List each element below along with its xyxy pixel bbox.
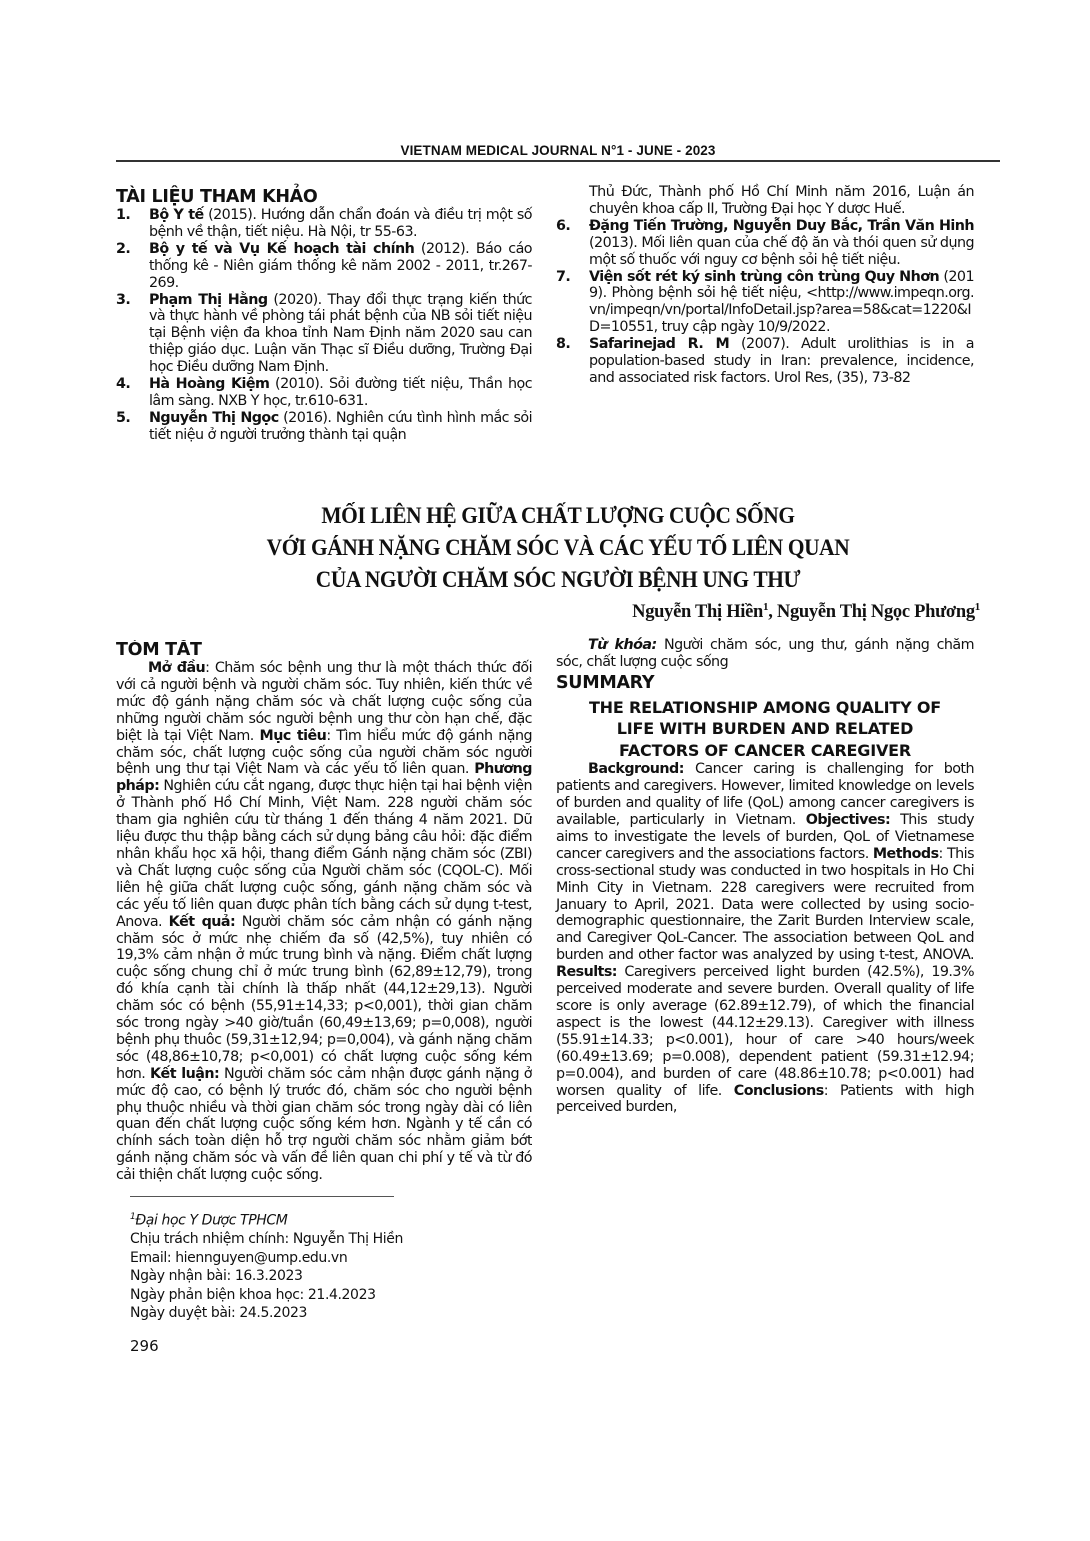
reference-author: Hà Hoàng Kiệm (149, 376, 269, 392)
abstract-body: Mở đầu: Chăm sóc bệnh ung thư là một thá… (116, 660, 532, 1184)
email: Email: hiennguyen@ump.edu.vn (130, 1249, 530, 1268)
running-head: VIETNAM MEDICAL JOURNAL N°1 - JUNE - 202… (116, 143, 1000, 158)
reference-continuation: Thủ Đức, Thành phố Hồ Chí Minh năm 2016,… (556, 184, 974, 218)
abstract-right-column: Từ khóa: Người chăm sóc, ung thư, gánh n… (556, 637, 974, 1116)
reference-item: 3. Phạm Thị Hằng (2020). Thay đổi thực t… (116, 292, 532, 377)
reference-item: 1. Bộ Y tế (2015). Hướng dẫn chẩn đoán v… (116, 207, 532, 241)
article-title: MỐI LIÊN HỆ GIỮA CHẤT LƯỢNG CUỘC SỐNG VỚ… (147, 500, 969, 596)
reference-item: 8. Safarinejad R. M (2007). Adult urolit… (556, 336, 974, 387)
corresponding-author: Chịu trách nhiệm chính: Nguyễn Thị Hiền (130, 1230, 530, 1249)
reference-author: Viện sốt rét ký sinh trùng côn trùng Quy… (589, 269, 939, 285)
reference-item: 5. Nguyễn Thị Ngọc (2016). Nghiên cứu tì… (116, 410, 532, 444)
reference-item: 2. Bộ y tế và Vụ Kế hoạch tài chính (201… (116, 241, 532, 292)
author-list: Nguyễn Thị Hiền1, Nguyễn Thị Ngọc Phương… (632, 601, 980, 623)
article-title-line: CỦA NGƯỜI CHĂM SÓC NGƯỜI BỆNH UNG THƯ (147, 564, 969, 596)
footnote-rule (130, 1196, 394, 1197)
page-number: 296 (130, 1337, 159, 1355)
header-rule (116, 160, 1000, 162)
reference-author: Phạm Thị Hằng (149, 292, 268, 308)
reference-author: Bộ Y tế (149, 207, 204, 223)
reference-item: 7. Viện sốt rét ký sinh trùng côn trùng … (556, 269, 974, 337)
keywords: Từ khóa: Người chăm sóc, ung thư, gánh n… (556, 637, 974, 671)
affiliation: 1Đại học Y Dược TPHCM (130, 1208, 530, 1230)
reference-author: Đặng Tiến Trường, Nguyễn Duy Bắc, Trần V… (589, 218, 974, 234)
reference-item: 6. Đặng Tiến Trường, Nguyễn Duy Bắc, Trầ… (556, 218, 974, 269)
summary-body: Background: Cancer caring is challenging… (556, 761, 974, 1116)
abstract-heading: TÓM TẮT (116, 640, 532, 660)
references-left-column: TÀI LIỆU THAM KHẢO 1. Bộ Y tế (2015). Hư… (116, 187, 532, 444)
footnotes: 1Đại học Y Dược TPHCM Chịu trách nhiệm c… (130, 1208, 530, 1323)
date-reviewed: Ngày phản biện khoa học: 21.4.2023 (130, 1286, 530, 1305)
author-name: Nguyễn Thị Ngọc Phương (777, 602, 975, 622)
summary-title: THE RELATIONSHIP AMONG QUALITY OF LIFE W… (556, 697, 974, 762)
article-title-line: MỐI LIÊN HỆ GIỮA CHẤT LƯỢNG CUỘC SỐNG (147, 500, 969, 532)
keywords-label: Từ khóa: (588, 637, 657, 653)
references-right-column: Thủ Đức, Thành phố Hồ Chí Minh năm 2016,… (556, 184, 974, 387)
references-heading: TÀI LIỆU THAM KHẢO (116, 187, 532, 207)
reference-author: Nguyễn Thị Ngọc (149, 410, 279, 426)
date-accepted: Ngày duyệt bài: 24.5.2023 (130, 1304, 530, 1323)
date-received: Ngày nhận bài: 16.3.2023 (130, 1267, 530, 1286)
author-affiliation-mark: 1 (975, 601, 980, 613)
reference-author: Bộ y tế và Vụ Kế hoạch tài chính (149, 241, 414, 257)
reference-item: 4. Hà Hoàng Kiệm (2010). Sỏi đường tiết … (116, 376, 532, 410)
summary-heading: SUMMARY (556, 673, 974, 693)
author-name: Nguyễn Thị Hiền (632, 602, 763, 622)
reference-author: Safarinejad R. M (589, 336, 729, 352)
article-title-line: VỚI GÁNH NẶNG CHĂM SÓC VÀ CÁC YẾU TỐ LIÊ… (147, 532, 969, 564)
abstract-vietnamese: TÓM TẮT Mở đầu: Chăm sóc bệnh ung thư là… (116, 640, 532, 1188)
